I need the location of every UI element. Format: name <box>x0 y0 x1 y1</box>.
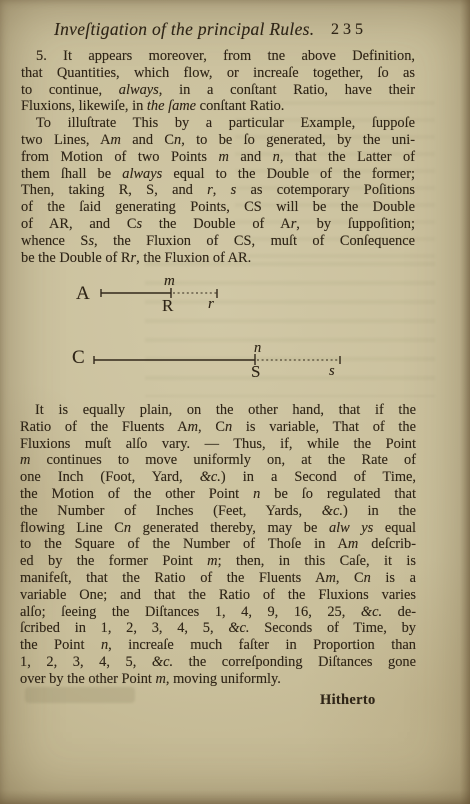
paragraph: It is equally plain, on the other hand, … <box>20 402 416 688</box>
page-number: 235 <box>331 21 367 39</box>
text-line: whence Ss, the Fluxion of CS, muſt of Co… <box>21 233 415 250</box>
text-line: from Motion of two Points m and n, that … <box>21 149 415 166</box>
text-line: to the Square of the Number of Thoſe in … <box>20 536 416 553</box>
text-line: To illuſtrate This by a particular Examp… <box>21 115 415 132</box>
running-head-title: Inveſtigation of the principal Rules. <box>54 19 324 40</box>
paragraph: 5. It appears moreover, from tne above D… <box>21 48 415 115</box>
paragraph: To illuſtrate This by a particular Examp… <box>21 115 415 266</box>
figure-label-m: m <box>164 273 175 290</box>
text-line: Then, taking R, S, and r, s as cotempora… <box>21 182 415 199</box>
text-line: It is equally plain, on the other hand, … <box>20 402 416 419</box>
text-line: be the Double of Rr, the Fluxion of AR. <box>21 250 415 267</box>
figure-label-n: n <box>254 340 261 357</box>
text-line: Fluxions, likewiſe, in the ſame conſtant… <box>21 98 415 115</box>
text-line: them ſhall be always equal to the Double… <box>21 166 415 183</box>
text-line: to continue, always, in a conſtant Ratio… <box>21 82 415 99</box>
catchword: Hitherto <box>320 692 376 709</box>
text-line: the Number of Inches (Feet, Yards, &c.) … <box>20 503 416 520</box>
text-line: of AR, and Cs the Double of Ar, by ſuppo… <box>21 216 415 233</box>
text-line: Fluxions muſt alſo vary. — Thus, if, whi… <box>20 436 416 453</box>
text-line: of the ſaid generating Points, CS will b… <box>21 199 415 216</box>
text-line: ſcribed in 1, 2, 3, 4, 5, &c. Seconds of… <box>20 620 416 637</box>
text-line: alſo; ſeeing the Diſtances 1, 4, 9, 16, … <box>20 604 416 621</box>
text-line: two Lines, Am and Cn, to be ſo generated… <box>21 132 415 149</box>
body-text-upper: 5. It appears moreover, from tne above D… <box>21 48 415 266</box>
text-line: the Motion of the other Point n be ſo re… <box>20 486 416 503</box>
text-line: variable One; and that the Ratio of the … <box>20 587 416 604</box>
figure-label-C: C <box>72 347 85 369</box>
text-line: 1, 2, 3, 4, 5, &c. the correſponding Diſ… <box>20 654 416 671</box>
figure-label-S: S <box>251 362 260 382</box>
figure-label-r: r <box>208 296 214 313</box>
text-line: Ratio of the Fluents Am, Cn is variable,… <box>20 419 416 436</box>
text-line: manifeſt, that the Ratio of the Fluents … <box>20 570 416 587</box>
text-line: the Point n, increaſe much faſter in Pro… <box>20 637 416 654</box>
figure-label-s: s <box>329 363 335 380</box>
text-line: flowing Line Cn generated thereby, may b… <box>20 520 416 537</box>
figure-label-A: A <box>76 283 90 305</box>
text-line: one Inch (Foot, Yard, &c.) in a Second o… <box>20 469 416 486</box>
text-line: ed by the former Point m; then, in this … <box>20 553 416 570</box>
page-edge-shadow <box>0 790 470 804</box>
body-text-lower: It is equally plain, on the other hand, … <box>20 402 416 688</box>
text-line: over by the other Point m, moving unifor… <box>20 671 416 688</box>
text-line: m continues to move uniformly on, at the… <box>20 452 416 469</box>
page-edge-shadow <box>460 0 470 804</box>
text-line: 5. It appears moreover, from tne above D… <box>21 48 415 65</box>
text-line: that Quantities, which flow, or increaſe… <box>21 65 415 82</box>
figure-label-R: R <box>162 296 173 316</box>
